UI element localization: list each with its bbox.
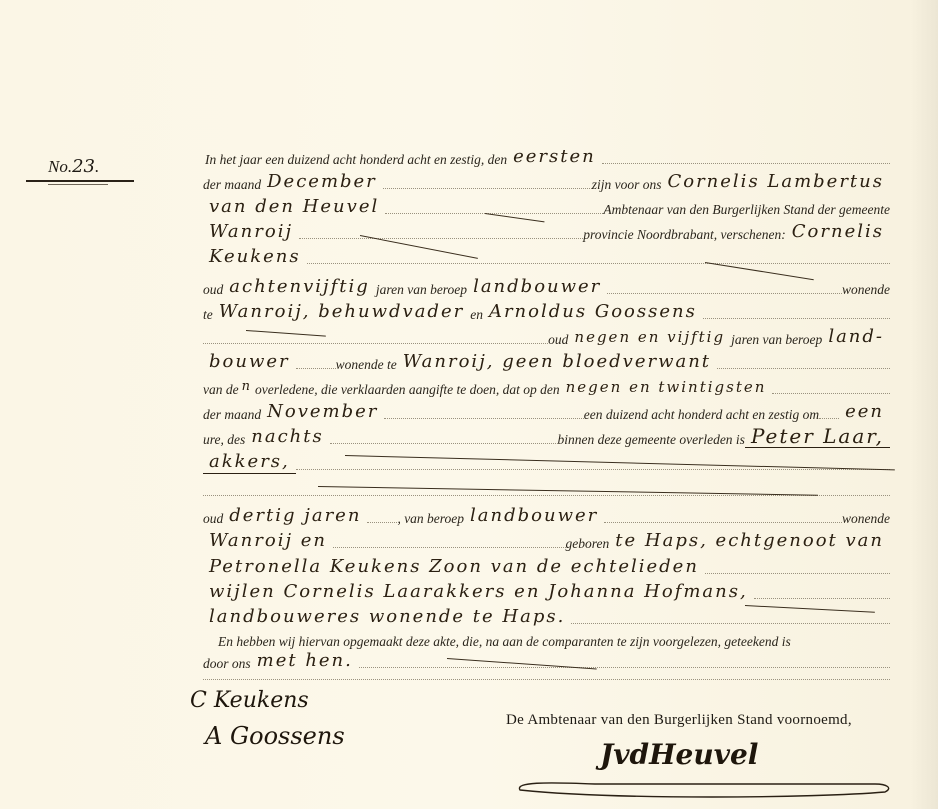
handwritten-text: dertig jaren	[223, 505, 367, 527]
record-line: der maand November een duizend acht hond…	[203, 401, 890, 423]
printed-text: geboren	[566, 536, 610, 552]
handwritten-text: negen en vijftig	[568, 326, 731, 348]
handwritten-text: achtenvijftig	[223, 276, 376, 298]
record-line: oud achtenvijftig jaren van beroep landb…	[203, 276, 890, 298]
record-line: In het jaar een duizend acht honderd ach…	[203, 146, 890, 168]
officer-caption: De Ambtenaar van den Burgerlijken Stand …	[506, 712, 852, 729]
printed-text: En hebben wij hiervan opgemaakt deze akt…	[218, 634, 791, 650]
divider	[26, 180, 134, 182]
handwritten-text: landbouweres wonende te Haps.	[203, 606, 571, 628]
handwritten-text: Wanroij, behuwdvader	[213, 301, 470, 323]
handwritten-text: Cornelis	[786, 221, 890, 243]
printed-text: te	[203, 307, 213, 323]
record-line: Wanroij en geboren te Haps, echtgenoot v…	[203, 530, 890, 552]
record-line: En hebben wij hiervan opgemaakt deze akt…	[218, 628, 890, 650]
handwritten-text: November	[261, 401, 384, 423]
handwritten-text: Petronella Keukens Zoon van de echtelied…	[203, 556, 705, 578]
witness-signature-2: A Goossens	[205, 722, 345, 750]
handwritten-text: Wanroij, geen bloedverwant	[397, 351, 717, 373]
death-record-page: No.23. In het jaar een duizend acht hond…	[0, 0, 938, 809]
printed-text: , van beroep	[397, 511, 464, 527]
handwritten-text: land-	[822, 326, 890, 348]
record-line: akkers,	[203, 452, 890, 474]
record-line: van den overledene, die verklaarden aang…	[203, 376, 890, 398]
handwritten-text: nachts	[245, 426, 329, 448]
record-line: wijlen Cornelis Laarakkers en Johanna Ho…	[203, 581, 890, 603]
printed-text: der maand	[203, 177, 261, 193]
printed-text: een duizend acht honderd acht en zestig …	[584, 407, 819, 423]
record-line: bouwer wonende te Wanroij, geen bloedver…	[203, 351, 890, 373]
handwritten-text: wijlen Cornelis Laarakkers en Johanna Ho…	[203, 581, 754, 603]
handwritten-text: Keukens	[203, 246, 307, 268]
handwritten-text: te Haps, echtgenoot van	[609, 530, 890, 552]
printed-text: en	[470, 307, 483, 323]
printed-text: van de	[203, 382, 239, 398]
handwritten-text: negen en twintigsten	[560, 376, 773, 398]
handwritten-text: van den Heuvel	[203, 196, 385, 218]
printed-text: provincie Noordbrabant, verschenen:	[583, 227, 786, 243]
record-line: der maand December zijn voor ons Corneli…	[203, 171, 890, 193]
record-line: Petronella Keukens Zoon van de echtelied…	[203, 556, 890, 578]
printed-text: oud	[203, 282, 223, 298]
handwritten-text: n	[239, 376, 255, 398]
printed-text: binnen deze gemeente overleden is	[558, 432, 745, 448]
handwritten-text: Wanroij	[203, 221, 299, 243]
printed-text: jaren van beroep	[376, 282, 467, 298]
handwritten-text: bouwer	[203, 351, 296, 373]
officer-signature: JvdHeuvel	[600, 738, 758, 771]
record-number-label: No.	[48, 157, 72, 176]
handwritten-text: landbouwer	[464, 505, 604, 527]
record-line: Wanroij provincie Noordbrabant, verschen…	[203, 221, 890, 243]
handwritten-text: eersten	[507, 146, 602, 168]
record-line: ure, des nachts binnen deze gemeente ove…	[203, 426, 890, 448]
handwritten-text: Cornelis Lambertus	[661, 171, 890, 193]
record-line: oud negen en vijftig jaren van beroep la…	[203, 326, 890, 348]
printed-text: wonende te	[336, 357, 397, 373]
handwritten-text: akkers,	[203, 451, 296, 474]
handwritten-text: Arnoldus Goossens	[483, 301, 703, 323]
record-line: van den Heuvel Ambtenaar van den Burgerl…	[203, 196, 890, 218]
record-line: landbouweres wonende te Haps.	[203, 606, 890, 628]
handwritten-text: een	[839, 401, 890, 423]
deceased-name: Peter Laar,	[745, 425, 890, 448]
printed-text: oud	[548, 332, 568, 348]
printed-text: der maand	[203, 407, 261, 423]
printed-text: overledene, die verklaarden aangifte te …	[255, 382, 560, 398]
handwritten-text: December	[261, 171, 383, 193]
handwritten-text: Wanroij en	[203, 530, 333, 552]
printed-text: wonende	[842, 511, 890, 527]
printed-text: zijn voor ons	[592, 177, 662, 193]
printed-text: Ambtenaar van den Burgerlijken Stand der…	[603, 202, 890, 218]
printed-text: oud	[203, 511, 223, 527]
record-line: Keukens	[203, 246, 890, 268]
record-line: te Wanroij, behuwdvader en Arnoldus Goos…	[203, 301, 890, 323]
printed-text: jaren van beroep	[731, 332, 822, 348]
record-number-value: 23	[72, 156, 95, 177]
signature-flourish	[515, 778, 895, 800]
handwritten-text: landbouwer	[467, 276, 607, 298]
record-number: No.23.	[48, 156, 99, 177]
record-line: oud dertig jaren , van beroep landbouwer…	[203, 505, 890, 527]
printed-text: In het jaar een duizend acht honderd ach…	[205, 152, 507, 168]
witness-signature-1: C Keukens	[190, 688, 309, 713]
divider	[48, 184, 108, 185]
printed-text: wonende	[842, 282, 890, 298]
printed-text: ure, des	[203, 432, 245, 448]
